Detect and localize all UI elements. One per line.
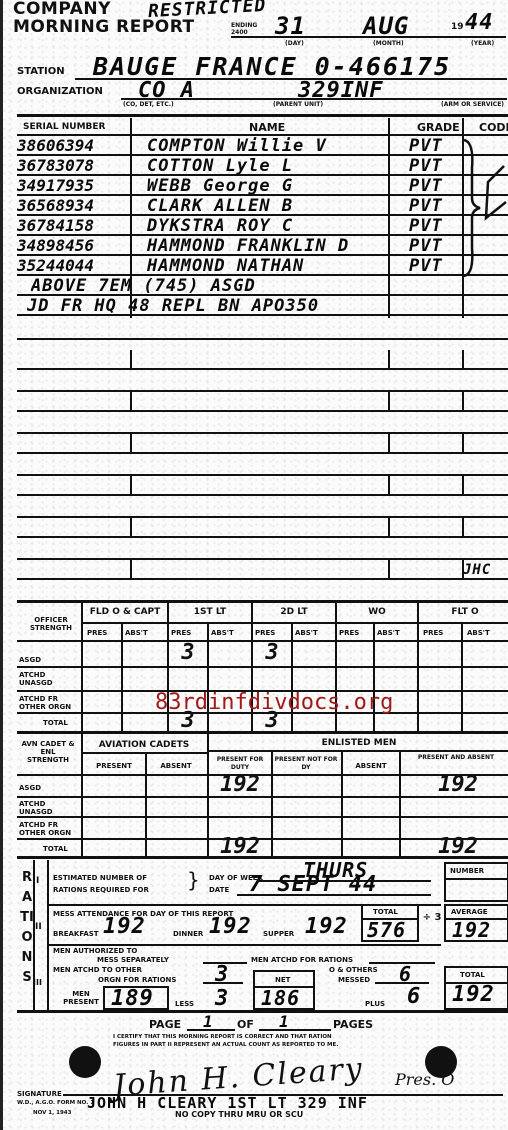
roster-row: 34898456 HAMMOND FRANKLIN D PVT	[17, 236, 508, 256]
total-present-for-duty: 192	[209, 834, 271, 859]
row-asgd: ASGD	[19, 784, 41, 792]
officer-table-top	[17, 600, 508, 603]
col-serial-number: SERIAL NUMBER	[23, 122, 105, 132]
ruled-tick	[388, 476, 390, 494]
form-id-1: W.D., A.G.O. FORM NO. 1	[17, 1100, 94, 1106]
net-label: NET	[275, 976, 290, 984]
row-line	[17, 666, 508, 668]
ruled-line	[17, 494, 508, 496]
men-present-box: 189	[103, 986, 169, 1010]
roster-row: 34917935 WEBB George G PVT	[17, 176, 508, 196]
section-marker-iii: III	[33, 978, 42, 987]
ruled-line	[17, 432, 508, 434]
total-pages: 1	[279, 1012, 290, 1031]
ruled-tick	[130, 476, 132, 494]
ruled-line	[17, 516, 508, 518]
form-title-line1: COMPANY	[13, 1, 111, 18]
men-authorized-label-1: MEN AUTHORIZED TO	[53, 947, 137, 955]
org-sublabel-arm: (ARM OR SERVICE)	[441, 101, 504, 108]
men-atchd-other-label-1: MEN ATCHD TO OTHER	[53, 966, 142, 974]
pages-line	[259, 1029, 331, 1031]
officer-initials: JHC	[463, 562, 491, 578]
sub-abst: ABS'T	[211, 629, 234, 637]
date-label: DATE	[209, 886, 229, 894]
ruled-tick	[388, 518, 390, 536]
aviation-cadets-label: AVIATION CADETS	[83, 740, 205, 750]
men-atchd-for-rations-label-2: O & OTHERS	[329, 966, 378, 974]
sub-pres: PRES	[255, 629, 275, 637]
row-atchd-fr-other: ATCHD FR OTHER ORGN	[19, 821, 79, 837]
rations-divider	[47, 860, 49, 1010]
final-total-value: 192	[452, 982, 495, 1007]
col-present-for-duty: PRESENT FOR DUTY	[211, 756, 269, 772]
col-name: NAME	[249, 121, 285, 134]
row-line	[17, 816, 508, 818]
roster-row: 35244044 HAMMOND NATHAN PVT	[17, 256, 508, 276]
enlisted-men-label: ENLISTED MEN	[209, 738, 508, 748]
page-number: 1	[203, 1012, 214, 1031]
soldier-name: DYKSTRA ROY C	[147, 216, 397, 236]
sub-abst: ABS'T	[295, 629, 318, 637]
number-box: NUMBER	[444, 862, 508, 902]
officer-strength-label: OFFICER STRENGTH	[23, 616, 79, 632]
soldier-name: CLARK ALLEN B	[147, 196, 397, 216]
total-present-and-absent: 192	[413, 834, 503, 859]
date-value: 7 SEPT 44	[249, 872, 377, 897]
group-head-line	[83, 622, 508, 624]
men-present-value: 189	[111, 986, 154, 1011]
ruled-line	[17, 368, 508, 370]
soldier-name: HAMMOND FRANKLIN D	[147, 236, 397, 256]
sub-pres: PRES	[339, 629, 359, 637]
number-label: NUMBER	[450, 867, 484, 875]
final-total-label: TOTAL	[460, 971, 485, 979]
grouping-brace-icon	[458, 138, 508, 278]
roster-row: 36568934 CLARK ALLEN B PVT	[17, 196, 508, 216]
serial-number: 34898456	[17, 236, 132, 256]
serial-number: 36784158	[17, 216, 132, 236]
watermark-text: 83rdinfdivdocs.org	[155, 690, 393, 715]
brace-symbol: }	[187, 868, 200, 892]
col-absent: ABSENT	[147, 762, 205, 770]
average-box: AVERAGE 192	[444, 904, 508, 942]
ruled-line	[17, 390, 508, 392]
page-label: PAGE	[149, 1018, 181, 1031]
certify-line-1: I CERTIFY THAT THIS MORNING REPORT IS CO…	[113, 1034, 332, 1040]
org-sublabel-co: (CO, DET, ETC.)	[123, 101, 174, 108]
sub-pres: PRES	[423, 629, 443, 637]
group-2d-lt: 2D LT	[253, 607, 335, 617]
serial-number: 36783078	[17, 156, 132, 176]
roster-row: 36784158 DYKSTRA ROY C PVT	[17, 216, 508, 236]
dinner-value: 192	[209, 914, 252, 939]
final-total-box: TOTAL 192	[444, 966, 508, 1010]
col-present-and-absent: PRESENT AND ABSENT	[401, 754, 508, 762]
ruled-tick	[130, 434, 132, 452]
soldier-name: HAMMOND NATHAN	[147, 256, 397, 276]
ruled-line	[17, 474, 508, 476]
soldier-name: WEBB George G	[147, 176, 397, 196]
remark-line: JD FR HQ 48 REPL BN APO350	[27, 296, 477, 316]
remark-row: JD FR HQ 48 REPL BN APO350	[17, 296, 508, 316]
pages-label: PAGES	[333, 1018, 373, 1031]
of-label: OF	[237, 1018, 254, 1031]
punch-hole-left	[69, 1046, 101, 1078]
less-label: LESS	[175, 1000, 194, 1008]
copy-note: NO COPY THRU MRU OR SCU	[175, 1110, 303, 1119]
serial-number: 35244044	[17, 256, 132, 276]
rations-bottom	[17, 1010, 508, 1013]
plus-label: PLUS	[365, 1000, 385, 1008]
roster-row: 38606394 COMPTON Willie V PVT	[17, 136, 508, 156]
ruled-line	[17, 410, 508, 412]
group-1st-lt: 1ST LT	[169, 607, 251, 617]
ruled-tick	[130, 350, 132, 368]
col-grade: GRADE	[417, 121, 460, 134]
ruled-tick	[462, 476, 464, 494]
ruled-tick	[388, 392, 390, 410]
roster-header: SERIAL NUMBER NAME GRADE CODE	[17, 118, 508, 136]
station-label: STATION	[17, 66, 65, 77]
row-total: TOTAL	[43, 719, 68, 727]
soldier-name: COTTON Lyle L	[147, 156, 397, 176]
row-total: TOTAL	[43, 845, 68, 853]
men-atchd-other-value: 3	[215, 962, 229, 987]
ruled-tick	[130, 560, 132, 578]
ruled-tick	[462, 518, 464, 536]
men-atchd-for-rations-value: 6	[399, 962, 412, 986]
report-year: 44	[465, 10, 494, 35]
ruled-tick	[462, 434, 464, 452]
signature-label: SIGNATURE	[17, 1090, 62, 1098]
organization-unit: 329INF	[298, 78, 383, 103]
org-sublabel-parent: (PARENT UNIT)	[273, 101, 323, 108]
serial-number: 36568934	[17, 196, 132, 216]
estimated-label-1: ESTIMATED NUMBER OF	[53, 874, 147, 882]
mess-total-value: 576	[367, 918, 406, 942]
form-title-line2: MORNING REPORT	[13, 19, 195, 36]
year-prefix: 19	[451, 22, 464, 32]
asgd-2d-lt-pres: 3	[253, 640, 291, 665]
day-label: (DAY)	[285, 40, 304, 47]
ruled-tick	[388, 434, 390, 452]
organization-company: CO A	[138, 78, 195, 103]
men-atchd-for-rations-label-3: MESSED	[338, 976, 370, 984]
serial-number: 38606394	[17, 136, 132, 156]
ruled-tick	[130, 392, 132, 410]
mess-total-label: TOTAL	[373, 908, 398, 916]
men-present-label: MEN PRESENT	[61, 990, 101, 1006]
ruled-line	[17, 338, 508, 340]
asgd-1st-lt-pres: 3	[169, 640, 207, 665]
restricted-stamp: RESTRICTED	[148, 0, 267, 22]
serial-number: 34917935	[17, 176, 132, 196]
rations-section-line	[47, 944, 441, 946]
average-value: 192	[452, 918, 491, 942]
ruled-tick	[130, 518, 132, 536]
ruled-line	[17, 578, 508, 580]
col-present-not-for-duty: PRESENT NOT FOR DY	[273, 756, 339, 772]
ruled-tick	[388, 350, 390, 368]
month-label: (MONTH)	[373, 40, 404, 47]
report-month: AUG	[363, 12, 409, 40]
rations-side-label: RATIONS	[20, 868, 34, 988]
group-fld-o-capt: FLD O & CAPT	[83, 607, 167, 617]
head-line	[209, 750, 508, 752]
organization-label: ORGANIZATION	[17, 86, 103, 97]
men-authorized-label-2: MESS SEPARATELY	[97, 956, 169, 964]
remark-row: ABOVE 7EM (745) ASGD	[17, 276, 508, 296]
row-atchd-unasgd: ATCHD UNASGD	[19, 671, 79, 687]
mess-total-box: TOTAL 576	[361, 904, 419, 942]
asgd-present-and-absent: 192	[413, 772, 503, 797]
soldier-name: COMPTON Willie V	[147, 136, 397, 156]
sub-pres: PRES	[87, 629, 107, 637]
roster-row: 36783078 COTTON Lyle L PVT	[17, 156, 508, 176]
col-present: PRESENT	[85, 762, 143, 770]
sub-abst: ABS'T	[125, 629, 148, 637]
sub-abst: ABS'T	[467, 629, 490, 637]
row-atchd-fr-other: ATCHD FR OTHER ORGN	[19, 695, 79, 711]
ruled-tick	[388, 560, 390, 578]
ruled-tick	[462, 350, 464, 368]
col-absent-enlisted: ABSENT	[343, 762, 399, 770]
sub-abst: ABS'T	[377, 629, 400, 637]
remark-line: ABOVE 7EM (745) ASGD	[31, 276, 471, 296]
number-box-rule	[446, 878, 507, 880]
asgd-present-for-duty: 192	[209, 772, 271, 797]
group-flt-o: FLT O	[419, 607, 508, 617]
signature-note: Pres. O	[395, 1070, 454, 1089]
ruled-line	[17, 536, 508, 538]
breakfast-value: 192	[103, 914, 146, 939]
net-value: 186	[261, 986, 300, 1010]
divide-by-three: ÷ 3	[422, 912, 442, 923]
less-value: 3	[215, 986, 229, 1011]
breakfast-label: BREAKFAST	[53, 930, 99, 938]
certify-line-2: FIGURES IN PART II REPRESENT AN ACTUAL C…	[113, 1042, 338, 1048]
enlisted-strength-label: AVN CADET & ENL STRENGTH	[19, 740, 77, 764]
rations-divider	[33, 860, 35, 1010]
col-code: CODE	[479, 121, 508, 134]
year-label: (YEAR)	[471, 40, 494, 47]
enlisted-col-divider	[399, 752, 401, 856]
ruled-line	[17, 452, 508, 454]
group-wo: WO	[337, 607, 417, 617]
form-id-2: NOV 1, 1943	[33, 1110, 71, 1116]
sub-pres: PRES	[171, 629, 191, 637]
section-marker-ii: II	[35, 922, 42, 932]
average-label: AVERAGE	[451, 908, 487, 916]
row-atchd-unasgd: ATCHD UNASGD	[19, 800, 79, 816]
morning-report-page: COMPANY MORNING REPORT RESTRICTED ENDING…	[0, 0, 508, 1130]
roster-top-border	[17, 114, 508, 117]
men-atchd-other-label-2: ORGN FOR RATIONS	[98, 976, 176, 984]
ruled-line	[17, 558, 508, 560]
supper-value: 192	[305, 914, 348, 939]
ruled-tick	[462, 392, 464, 410]
plus-value: 6	[407, 984, 421, 1009]
estimated-label-2: RATIONS REQUIRED FOR	[53, 886, 149, 894]
report-day: 31	[275, 12, 306, 40]
station-value: BAUGE FRANCE 0-466175	[93, 52, 451, 81]
net-box: NET 186	[253, 970, 315, 1010]
dinner-label: DINNER	[173, 930, 203, 938]
supper-label: SUPPER	[263, 930, 294, 938]
men-atchd-for-rations-label-1: MEN ATCHD FOR RATIONS	[251, 956, 353, 964]
section-marker-i: I	[36, 876, 39, 886]
row-asgd: ASGD	[19, 656, 41, 664]
ending-label: ENDING 2400	[231, 22, 257, 36]
